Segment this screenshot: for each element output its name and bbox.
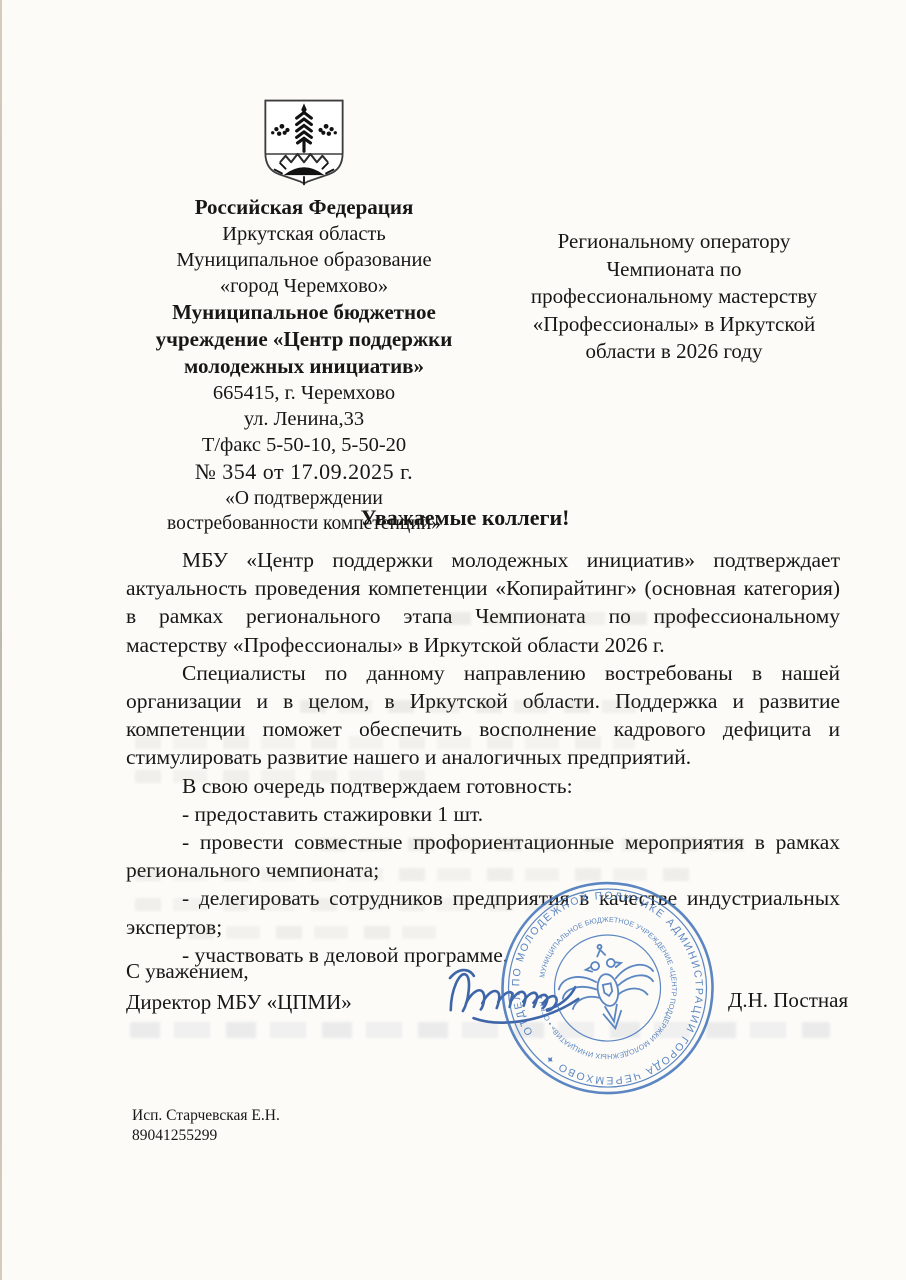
coat-of-arms-icon [252,96,356,188]
letter-number-date: № 354 от 17.09.2025 г. [86,458,522,486]
executor-phone: 89041255299 [132,1126,280,1146]
letterhead-phone-fax: Т/факс 5-50-10, 5-50-20 [86,432,522,458]
executor-name: Исп. Старчевская Е.Н. [132,1106,280,1126]
letterhead: Российская Федерация Иркутская область М… [86,96,522,536]
addressee-line: области в 2026 году [494,338,854,366]
addressee-block: Региональному оператору Чемпионата по пр… [494,228,854,366]
body-bullet: - предоставить стажировки 1 шт. [126,800,840,828]
signer-title: Директор МБУ «ЦПМИ» [126,987,352,1018]
letterhead-city: «город Черемхово» [86,273,522,299]
closing-phrase: С уважением, [126,956,352,987]
official-stamp: ОТДЕЛ ПО МОЛОДЕЖНОЙ ПОЛИТИКЕ АДМИНИСТРАЦ… [476,857,740,1125]
letterhead-org-line: Муниципальное бюджетное [86,299,522,326]
addressee-line: «Профессионалы» в Иркутской [494,311,854,339]
letterhead-org-line: молодежных инициатив» [86,353,522,380]
body-paragraph: МБУ «Центр поддержки молодежных инициати… [126,546,840,659]
scan-edge-artifact [0,0,2,1280]
bleed-through-artifact [320,838,750,851]
bleed-through-artifact [300,700,645,713]
letterhead-country: Российская Федерация [86,194,522,221]
signature-block: С уважением, Директор МБУ «ЦПМИ» [126,956,352,1018]
bleed-through-artifact [188,926,448,939]
letterhead-region: Иркутская область [86,221,522,247]
addressee-line: Чемпионата по [494,256,854,284]
body-paragraph: Специалисты по данному направлению востр… [126,659,840,772]
signer-name: Д.Н. Постная [728,988,868,1013]
letterhead-street-address: ул. Ленина,33 [86,406,522,432]
executor-footer: Исп. Старчевская Е.Н. 89041255299 [132,1106,280,1145]
letterhead-municipality: Муниципальное образование [86,247,522,273]
stamp-outer-ring-text: ОТДЕЛ ПО МОЛОДЕЖНОЙ ПОЛИТИКЕ АДМИНИСТРАЦ… [493,872,721,1103]
letterhead-postal-address: 665415, г. Черемхово [86,380,522,406]
bleed-through-artifact [135,770,435,783]
stamp-inner-ring-text: МУНИЦИПАЛЬНОЕ БЮДЖЕТНОЕ УЧРЕЖДЕНИЕ «ЦЕНТ… [523,903,692,1074]
addressee-line: профессиональному мастерству [494,283,854,311]
bleed-through-artifact [135,736,635,749]
scanned-letter-page: Российская Федерация Иркутская область М… [0,0,906,1280]
bleed-through-artifact [445,612,695,625]
letterhead-org-line: учреждение «Центр поддержки [86,326,522,353]
salutation: Уважаемые коллеги! [110,505,820,531]
addressee-line: Региональному оператору [494,228,854,256]
